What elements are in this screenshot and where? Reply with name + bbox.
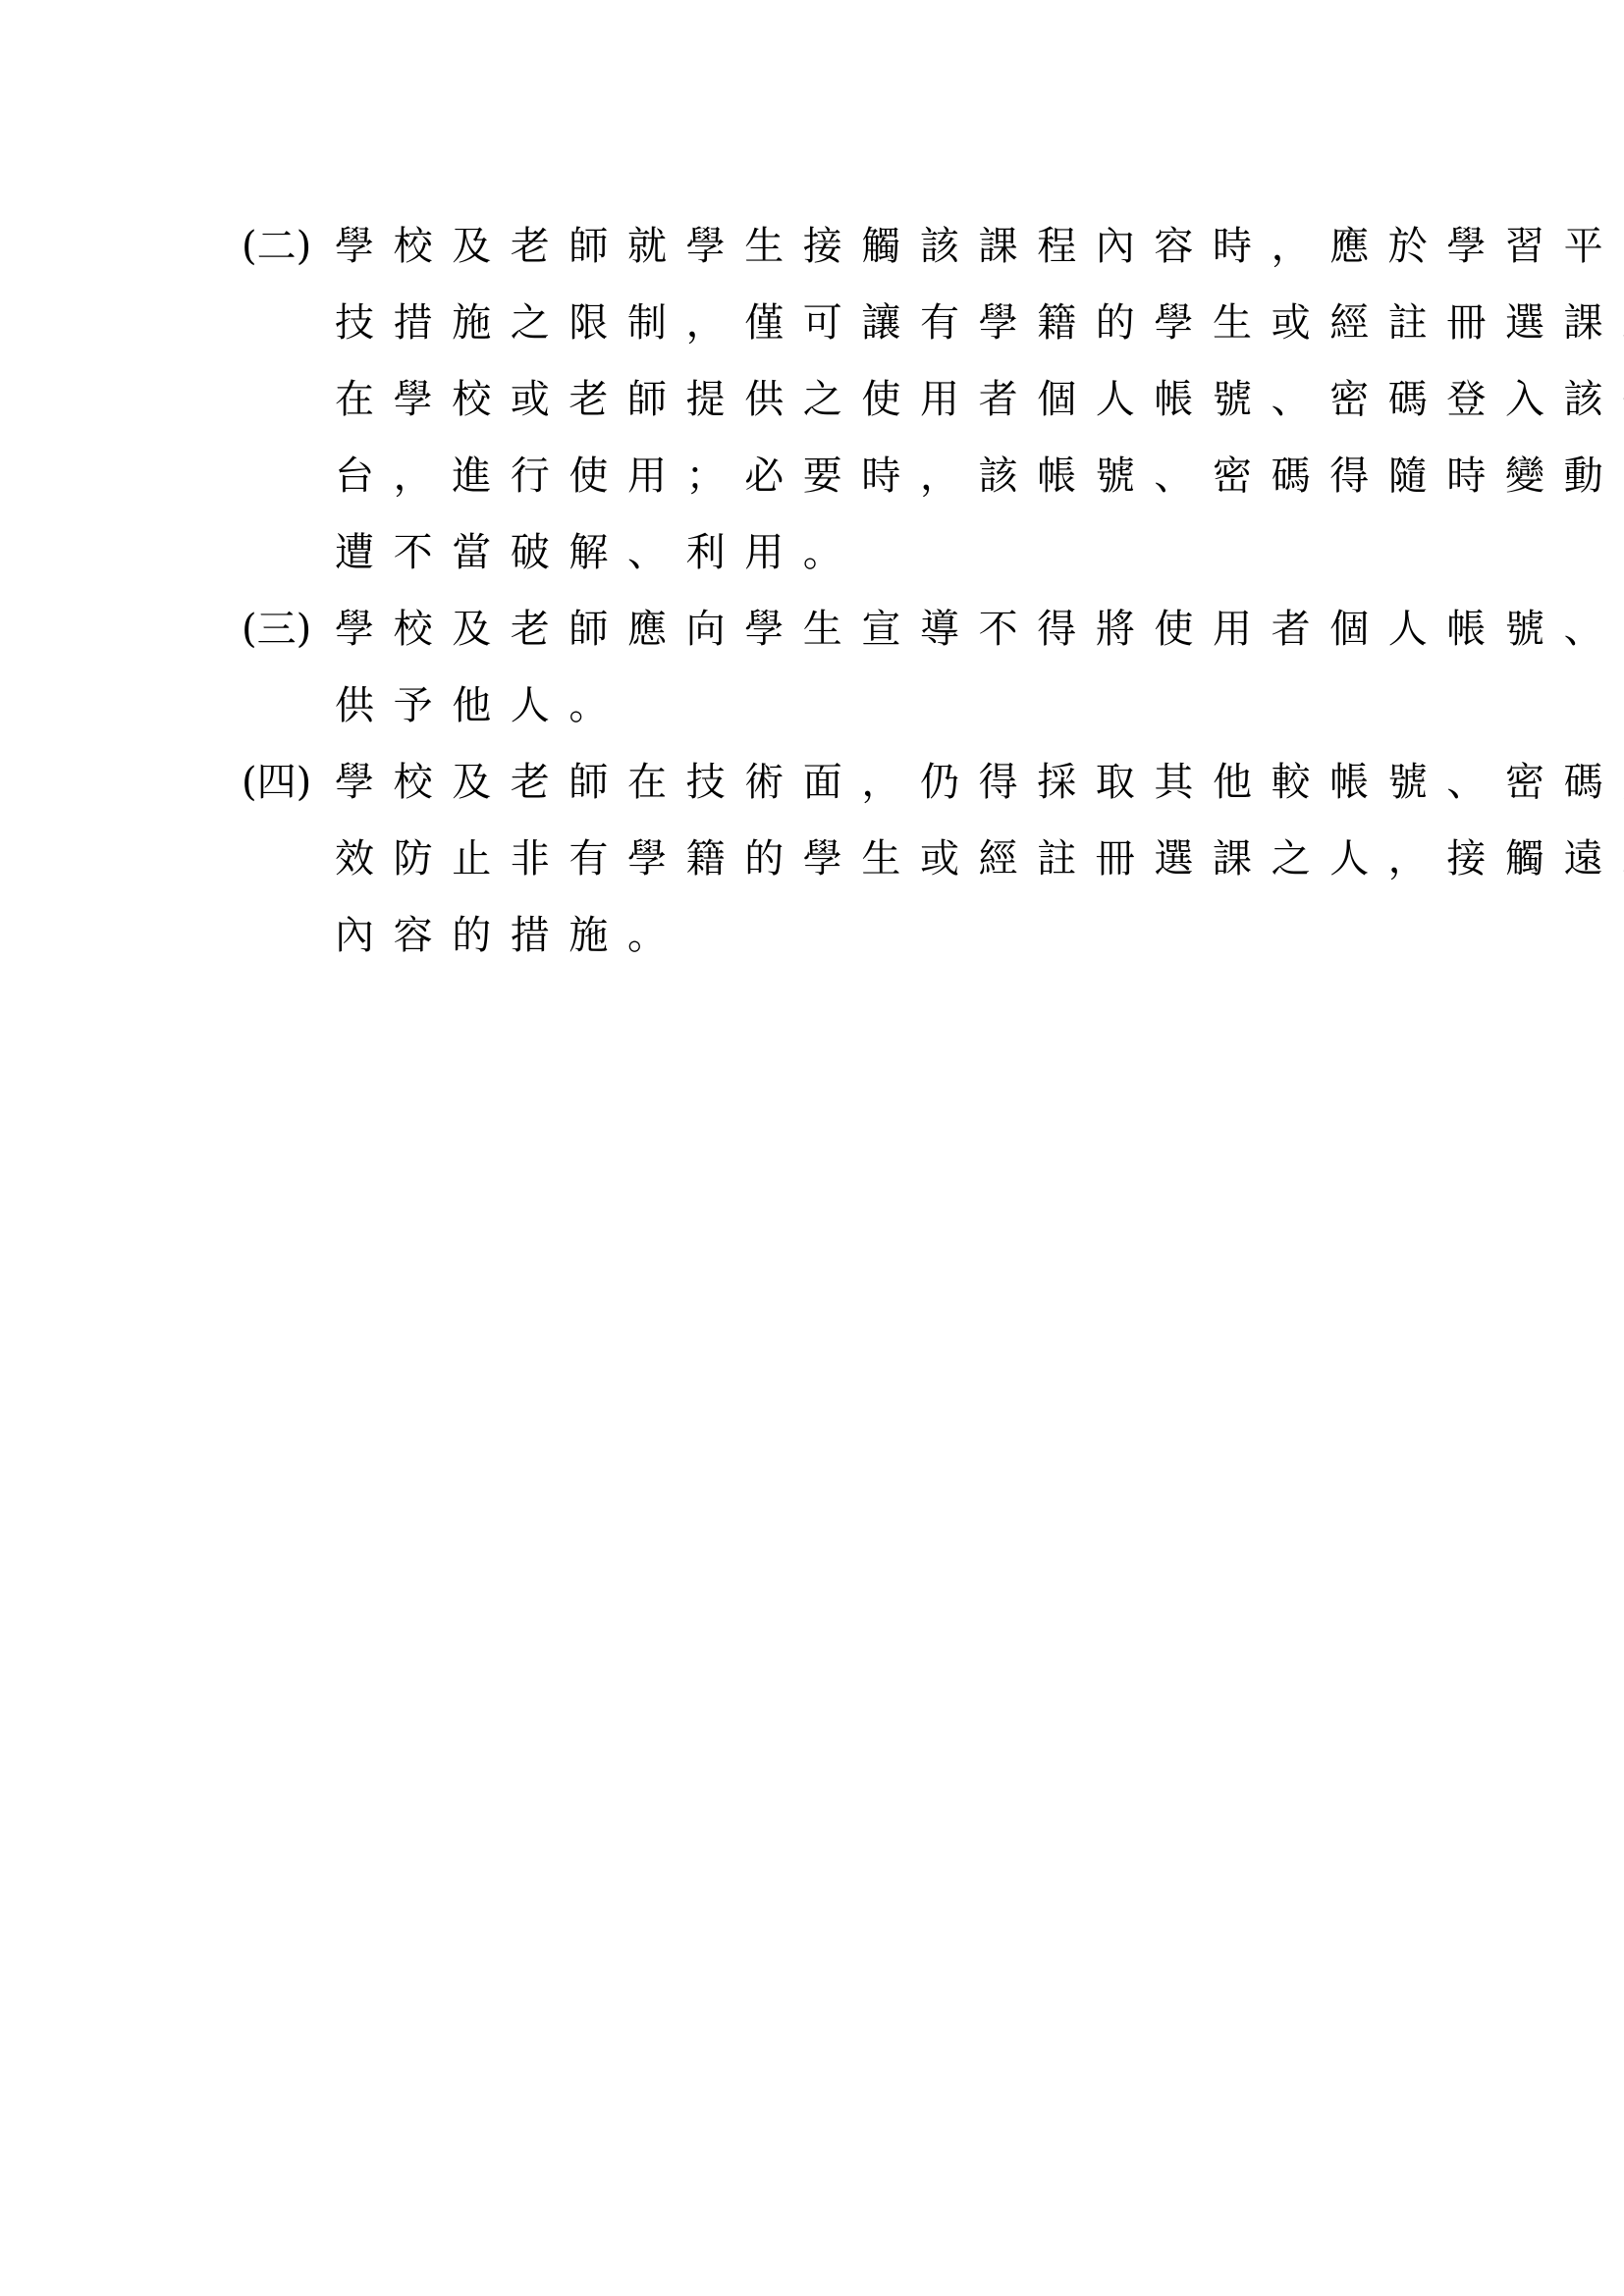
text-line: 技措施之限制，僅可讓有學籍的學生或經註冊選課之人得 xyxy=(242,281,1430,357)
text-line: (四) 學校及老師在技術面，仍得採取其他較帳號、密碼更能有 xyxy=(242,740,1430,817)
list-item-3: (三) 學校及老師應向學生宣導不得將使用者個人帳號、密碼提 供予他人。 xyxy=(242,587,1430,740)
text-line: 內容的措施。 xyxy=(242,893,1430,970)
paragraph-text: 效防止非有學籍的學生或經註冊選課之人，接觸遠距教學 xyxy=(335,828,1624,883)
paragraph-text: 在學校或老師提供之使用者個人帳號、密碼登入該學習平 xyxy=(335,368,1624,424)
paragraph-text: 學校及老師在技術面，仍得採取其他較帳號、密碼更能有 xyxy=(335,751,1624,807)
list-item-4: (四) 學校及老師在技術面，仍得採取其他較帳號、密碼更能有 效防止非有學籍的學生… xyxy=(242,740,1430,970)
item-label: (三) xyxy=(242,598,335,654)
text-line: (三) 學校及老師應向學生宣導不得將使用者個人帳號、密碼提 xyxy=(242,587,1430,664)
paragraph-text: 台，進行使用；必要時，該帳號、密碼得隨時變動，避免 xyxy=(335,445,1624,501)
list-item-2: (二) 學校及老師就學生接觸該課程內容時，應於學習平臺作科 技措施之限制，僅可讓… xyxy=(242,204,1430,587)
paragraph-text: 供予他人。 xyxy=(335,674,627,730)
text-line: 在學校或老師提供之使用者個人帳號、密碼登入該學習平 xyxy=(242,357,1430,434)
text-line: (二) 學校及老師就學生接觸該課程內容時，應於學習平臺作科 xyxy=(242,204,1430,281)
paragraph-text: 技措施之限制，僅可讓有學籍的學生或經註冊選課之人得 xyxy=(335,292,1624,347)
text-line: 遭不當破解、利用。 xyxy=(242,510,1430,587)
text-line: 效防止非有學籍的學生或經註冊選課之人，接觸遠距教學 xyxy=(242,817,1430,893)
item-label: (四) xyxy=(242,751,335,807)
paragraph-text: 學校及老師就學生接觸該課程內容時，應於學習平臺作科 xyxy=(335,215,1624,271)
text-line: 供予他人。 xyxy=(242,664,1430,740)
item-label: (二) xyxy=(242,215,335,271)
paragraph-text: 內容的措施。 xyxy=(335,904,686,960)
paragraph-text: 遭不當破解、利用。 xyxy=(335,521,861,577)
document-page: (二) 學校及老師就學生接觸該課程內容時，應於學習平臺作科 技措施之限制，僅可讓… xyxy=(0,0,1624,2296)
paragraph-text: 學校及老師應向學生宣導不得將使用者個人帳號、密碼提 xyxy=(335,598,1624,654)
text-line: 台，進行使用；必要時，該帳號、密碼得隨時變動，避免 xyxy=(242,434,1430,510)
